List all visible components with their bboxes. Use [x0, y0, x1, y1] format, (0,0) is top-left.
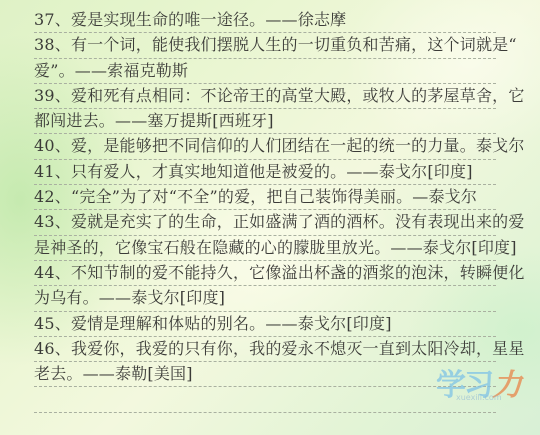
text-line: 45、爱情是理解和体贴的别名。——泰戈尔[印度]: [34, 312, 496, 337]
quote-list: 37、爱是实现生命的唯一途径。——徐志摩 38、有一个词，能使我们摆脱人生的一切…: [34, 8, 496, 413]
text-line: 46、我爱你，我爱的只有你，我的爱永不熄灭一直到太阳冷却，星星: [34, 337, 496, 362]
text-line: 是神圣的，它像宝石般在隐藏的心的朦胧里放光。——泰戈尔[印度]: [34, 236, 496, 261]
text-line: 44、不知节制的爱不能持久，它像溢出杯盏的酒浆的泡沫，转瞬便化: [34, 261, 496, 286]
text-line: 38、有一个词，能使我们摆脱人生的一切重负和苦痛，这个词就是“: [34, 33, 496, 58]
empty-line: [34, 387, 496, 412]
text-line: 39、爱和死有点相同：不论帝王的高堂大殿，或牧人的茅屋草舍，它: [34, 84, 496, 109]
text-line: 爱”。——索福克勒斯: [34, 59, 496, 84]
text-line: 37、爱是实现生命的唯一途径。——徐志摩: [34, 8, 496, 33]
watermark-subtext: xuexili.com: [456, 393, 502, 402]
text-line: 43、爱就是充实了的生命，正如盛满了酒的酒杯。没有表现出来的爱: [34, 210, 496, 235]
text-line: 都闯进去。——塞万提斯[西班牙]: [34, 109, 496, 134]
text-line: 42、“完全”为了对“不全”的爱，把自己装饰得美丽。—泰戈尔: [34, 185, 496, 210]
text-line: 41、只有爱人，才真实地知道他是被爱的。——泰戈尔[印度]: [34, 160, 496, 185]
text-line: 老去。——泰勒[美国]: [34, 362, 496, 387]
text-line: 为乌有。——泰戈尔[印度]: [34, 286, 496, 311]
text-line: 40、爱，是能够把不同信仰的人们团结在一起的统一的力量。泰戈尔: [34, 134, 496, 159]
